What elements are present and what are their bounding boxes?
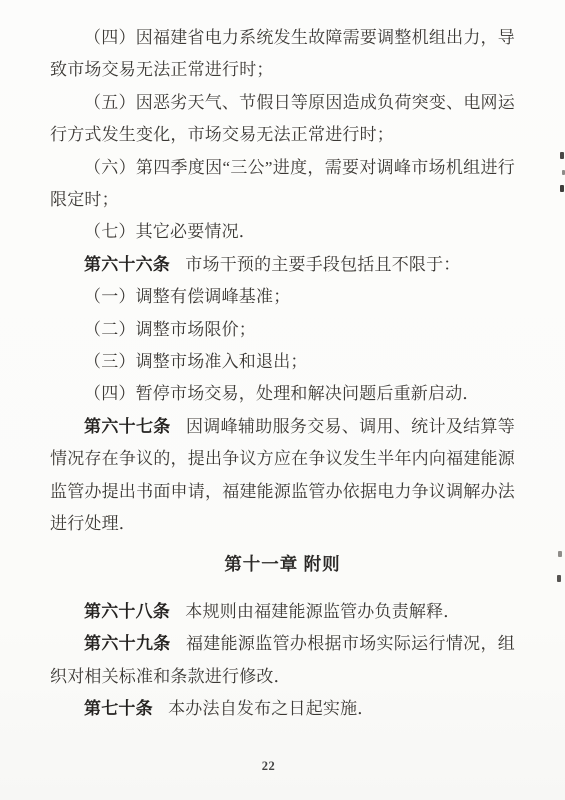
article-70-number: 第七十条 xyxy=(84,699,153,718)
article-69-number: 第六十九条 xyxy=(84,634,171,653)
article-70-paragraph: 第七十条本办法自发布之日起实施． xyxy=(50,693,515,725)
article-66-paragraph: 第六十六条市场干预的主要手段包括且不限于： xyxy=(50,249,515,281)
article-66-number: 第六十六条 xyxy=(84,255,170,274)
article-68-text: 本规则由福建能源监管办负责解释． xyxy=(185,602,460,621)
article-70-text: 本办法自发布之日起实施． xyxy=(168,699,374,718)
clause-item-6: （六）第四季度因“三公”进度，需要对调峰市场机组进行限定时； xyxy=(50,152,515,217)
clause-text: （七）其它必要情况． xyxy=(84,222,256,241)
scanned-document-page: （四）因福建省电力系统发生故障需要调整机组出力，导致市场交易无法正常进行时； （… xyxy=(0,0,565,800)
intervention-item-4: （四）暂停市场交易，处理和解决问题后重新启动． xyxy=(50,378,515,410)
clause-text: （四）因福建省电力系统发生故障需要调整机组出力，导致市场交易无法正常进行时； xyxy=(50,28,515,79)
clause-item-5: （五）因恶劣天气、节假日等原因造成负荷突变、电网运行方式发生变化，市场交易无法正… xyxy=(50,87,515,152)
page-number: 22 xyxy=(0,759,551,774)
scan-artifact xyxy=(558,551,562,557)
article-69-paragraph: 第六十九条福建能源监管办根据市场实际运行情况，组织对相关标准和条款进行修改． xyxy=(50,628,515,693)
article-67-number: 第六十七条 xyxy=(84,417,171,436)
article-68-number: 第六十八条 xyxy=(84,602,170,621)
scan-artifact xyxy=(557,575,561,582)
clause-text: （三）调整市场准入和退出； xyxy=(84,352,308,371)
clause-text: （六）第四季度因“三公”进度，需要对调峰市场机组进行限定时； xyxy=(50,158,515,209)
intervention-item-2: （二）调整市场限价； xyxy=(50,314,515,346)
article-67-paragraph: 第六十七条因调峰辅助服务交易、调用、统计及结算等情况存在争议的，提出争议方应在争… xyxy=(50,411,515,541)
clause-text: （四）暂停市场交易，处理和解决问题后重新启动． xyxy=(84,384,480,403)
article-66-text: 市场干预的主要手段包括且不限于： xyxy=(185,255,460,274)
clause-text: （五）因恶劣天气、节假日等原因造成负荷突变、电网运行方式发生变化，市场交易无法正… xyxy=(50,93,515,144)
clause-item-7: （七）其它必要情况． xyxy=(50,216,515,248)
document-body: （四）因福建省电力系统发生故障需要调整机组出力，导致市场交易无法正常进行时； （… xyxy=(50,22,515,726)
clause-text: （二）调整市场限价； xyxy=(84,320,256,339)
scan-artifact xyxy=(560,185,564,192)
scan-artifact xyxy=(560,152,564,159)
clause-item-4: （四）因福建省电力系统发生故障需要调整机组出力，导致市场交易无法正常进行时； xyxy=(50,22,515,87)
clause-text: （一）调整有偿调峰基准； xyxy=(84,287,290,306)
intervention-item-1: （一）调整有偿调峰基准； xyxy=(50,281,515,313)
intervention-item-3: （三）调整市场准入和退出； xyxy=(50,346,515,378)
article-68-paragraph: 第六十八条本规则由福建能源监管办负责解释． xyxy=(50,596,515,628)
chapter-11-heading: 第十一章 附则 xyxy=(50,548,515,580)
